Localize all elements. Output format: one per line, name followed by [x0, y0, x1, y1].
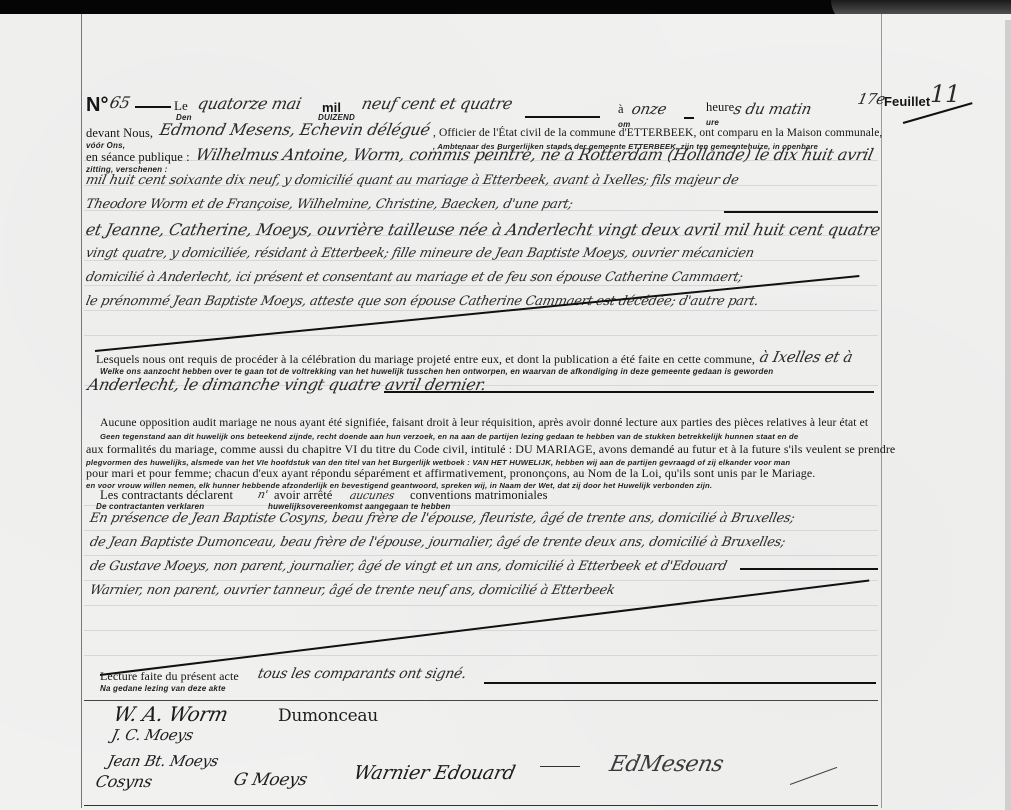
a-label: à — [618, 102, 624, 117]
witness-line: En présence de Jean Baptiste Cosyns, bea… — [88, 511, 795, 526]
signature: J. C. Moeys — [110, 726, 195, 744]
parties-line: et Jeanne, Catherine, Moeys, ouvrière ta… — [84, 220, 882, 239]
ruled-line — [84, 630, 878, 631]
fill-dash — [384, 391, 874, 393]
fill-dash — [724, 211, 878, 213]
devant-label-nl: vóór Ons, — [86, 141, 125, 150]
witness-line: Warnier, non parent, ouvrier tanneur, âg… — [88, 583, 616, 598]
signature: W. A. Worm — [111, 702, 230, 726]
act-number-label: N° — [86, 94, 109, 117]
seance-label: en séance publique : — [86, 150, 190, 165]
hour-handwritten: onze — [630, 100, 668, 118]
sheet-ordinal: 17e — [856, 90, 887, 108]
parties-line: domicilié à Anderlecht, ici présent et c… — [84, 270, 744, 285]
fill-dash — [135, 106, 171, 108]
section-rule — [84, 805, 878, 806]
witness-line: de Gustave Moeys, non parent, journalier… — [88, 559, 728, 574]
ruled-line — [84, 530, 878, 531]
left-margin-rule — [81, 14, 82, 808]
section-rule — [84, 700, 878, 701]
signature: G Moeys — [232, 770, 309, 790]
conventions-text: avoir arrêté — [274, 488, 332, 503]
reading-text: Lecture faite du présent acte — [100, 669, 239, 684]
signature-flourish — [790, 767, 837, 785]
act-number: 65 — [108, 93, 132, 112]
sheet-number: 11 — [927, 80, 963, 108]
signature: Cosyns — [94, 772, 154, 791]
parties-line: mil huit cent soixante dix neuf, y domic… — [84, 173, 740, 188]
officer-text: , Officier de l'État civil de la commune… — [433, 127, 882, 139]
officer-handwritten: Edmond Mesens, Echevin délégué — [158, 120, 432, 139]
date-prefix: Le — [174, 98, 188, 114]
ruled-line — [84, 335, 878, 336]
signature: Warnier Edouard — [352, 762, 517, 784]
heure-label-nl: ure — [706, 118, 719, 127]
signature-flourish — [540, 766, 580, 767]
publication-text: Lesquels nous ont requis de procéder à l… — [96, 352, 755, 367]
conventions-text-nl: huwelijksovereenkomst aangegaan te hebbe… — [268, 502, 450, 511]
devant-label: devant Nous, — [86, 126, 153, 141]
parties-line: Theodore Worm et de Françoise, Wilhelmin… — [84, 197, 574, 212]
opposition-line: Aucune opposition audit mariage ne nous … — [100, 416, 868, 429]
fill-dash — [684, 117, 694, 119]
publication-place: à Ixelles et à — [758, 348, 854, 366]
sheet-label: Feuillet — [884, 94, 930, 109]
conventions-text-nl: De contractanten verklaren — [96, 502, 204, 511]
conventions-aucunes: aucunes — [349, 489, 396, 502]
date-handwritten: quatorze mai — [196, 94, 303, 113]
ruled-line — [84, 655, 878, 656]
reading-handwritten: tous les comparants ont signé. — [256, 666, 468, 682]
opposition-line: aux formalités du mariage, comme aussi d… — [86, 442, 895, 457]
fill-dash — [484, 682, 876, 684]
conventions-negation: n' — [257, 488, 269, 501]
signature: Dumonceau — [278, 706, 378, 726]
ruled-line — [84, 310, 878, 311]
ruled-line — [84, 605, 878, 606]
cancel-stroke — [95, 275, 860, 352]
parties-line: Wilhelmus Antoine, Worm, commis peintre,… — [194, 145, 875, 164]
fill-dash — [525, 116, 600, 118]
certificate-page: N° 65 Le Den quatorze mai mil DUIZEND ne… — [0, 14, 1011, 810]
signature: EdMesens — [607, 752, 725, 777]
conventions-text: Les contractants déclarent — [100, 488, 233, 503]
ruled-line — [84, 555, 878, 556]
time-handwritten: s du matin — [732, 100, 813, 118]
witness-line: de Jean Baptiste Dumonceau, beau frère d… — [88, 535, 786, 550]
year-handwritten: neuf cent et quatre — [360, 94, 514, 113]
parties-line: vingt quatre, y domiciliée, résidant à E… — [84, 246, 755, 261]
ruled-line — [84, 580, 878, 581]
reading-text-nl: Na gedane lezing van deze akte — [100, 684, 226, 693]
conventions-text: conventions matrimoniales — [410, 488, 548, 503]
opposition-line-nl: Geen tegenstand aan dit huwelijk ons bet… — [100, 432, 798, 441]
scan-right-edge — [1005, 20, 1011, 810]
signature: Jean Bt. Moeys — [106, 752, 220, 770]
heure-label: heure — [706, 100, 734, 115]
fill-dash — [740, 568, 878, 570]
opposition-line: pour mari et pour femme; chacun d'eux ay… — [86, 466, 815, 481]
